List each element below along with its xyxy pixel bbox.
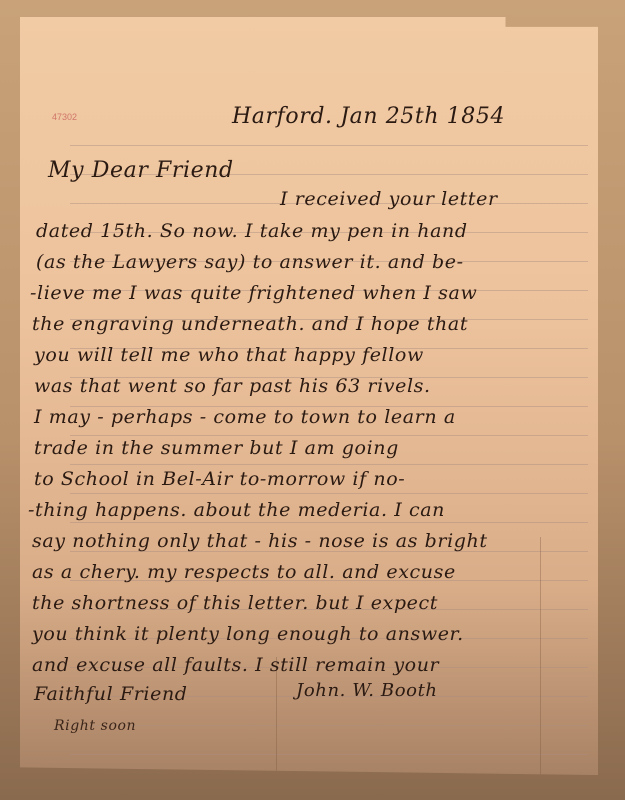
closing: Faithful Friend [34,683,188,705]
body-line: say nothing only that - his - nose is as… [32,530,488,552]
body-line: I may - perhaps - come to town to learn … [34,406,456,428]
body-line: -thing happens. about the mederia. I can [28,499,445,521]
body-line: (as the Lawyers say) to answer it. and b… [36,251,464,273]
body-line: I received your letter [280,188,498,210]
body-line: to School in Bel-Air to-morrow if no- [34,468,405,490]
body-line: and excuse all faults. I still remain yo… [32,654,439,676]
body-line: -lieve me I was quite frightened when I … [30,282,477,304]
body-line: the engraving underneath. and I hope tha… [32,313,468,335]
body-line: you will tell me who that happy fellow [34,344,424,366]
body-line: as a chery. my respects to all. and excu… [32,561,456,583]
salutation: My Dear Friend [48,158,234,183]
fold-line [540,537,541,775]
body-line: you think it plenty long enough to answe… [32,623,464,645]
catalog-number: 47302 [52,112,77,122]
body-line: dated 15th. So now. I take my pen in han… [36,220,468,242]
body-line: the shortness of this letter. but I expe… [32,592,438,614]
dateline: Harford. Jan 25th 1854 [232,104,505,129]
body-line: was that went so far past his 63 rivels. [34,375,431,397]
signature: John. W. Booth [296,680,438,701]
postscript: Right soon [54,718,136,734]
body-line: trade in the summer but I am going [34,437,399,459]
